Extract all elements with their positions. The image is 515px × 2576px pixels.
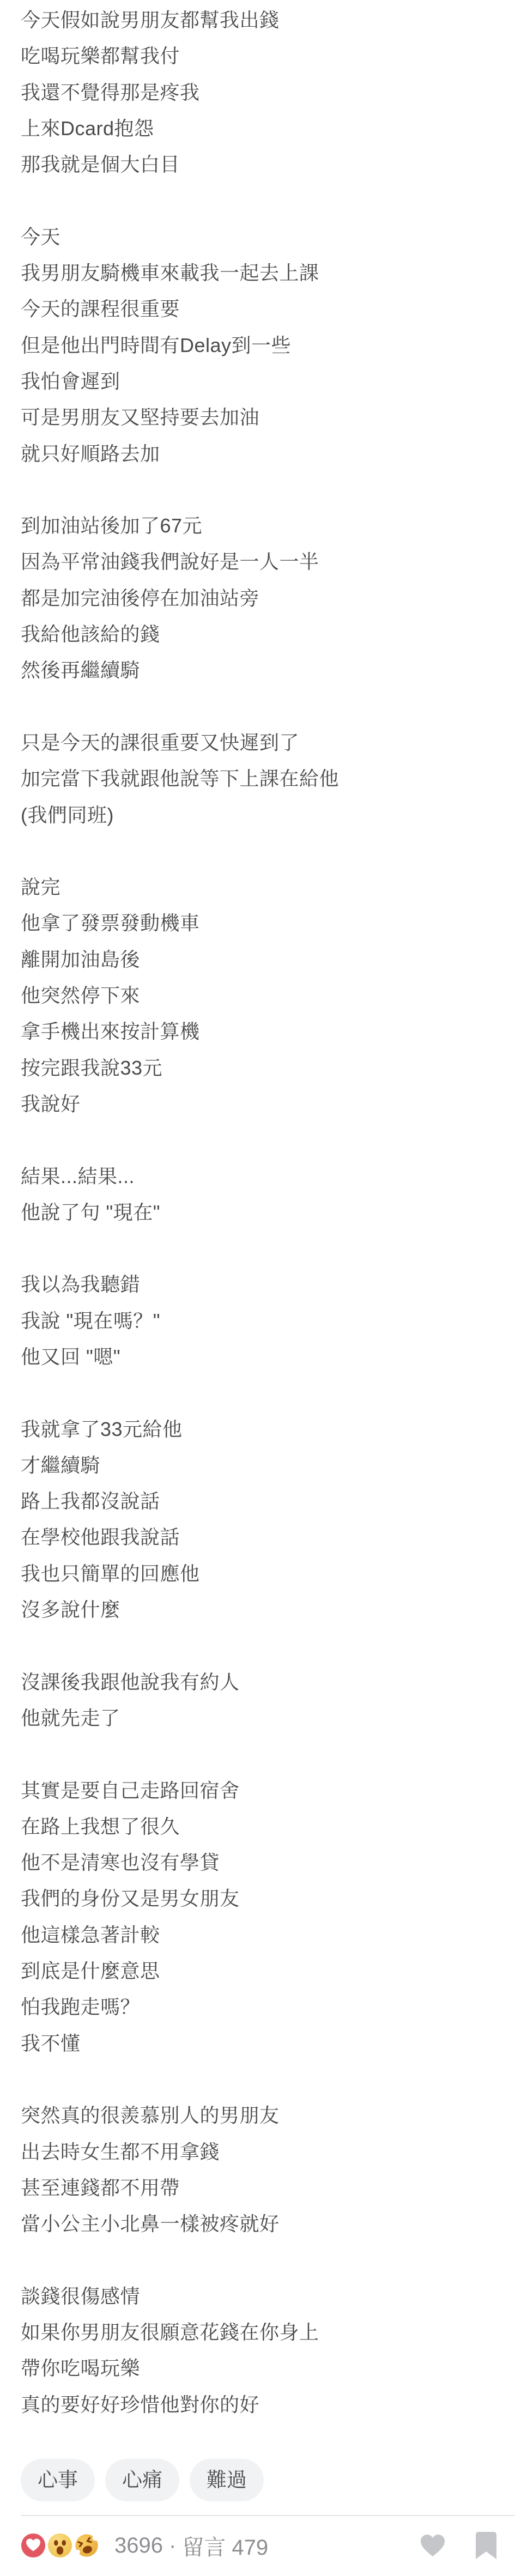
dot-separator: ·: [169, 2533, 176, 2558]
post-actions: [420, 2532, 496, 2559]
reaction-count: 3696: [114, 2533, 163, 2558]
tag-pill-2[interactable]: 心痛: [105, 2459, 179, 2501]
divider: [21, 2515, 515, 2516]
post-paragraph: 突然真的很羨慕別人的男朋友 出去時女生都不用拿錢 甚至連錢都不用帶 當小公主小北…: [21, 2098, 504, 2242]
post-paragraph: 我以為我聽錯 我說 "現在嗎？" 他又回 "嗯": [21, 1266, 504, 1375]
post-paragraph: 其實是要自己走路回宿舍 在路上我想了很久 他不是清寒也沒有學貸 我們的身份又是男…: [21, 1773, 504, 2062]
love-heart-reaction-icon: [21, 2533, 46, 2558]
post-paragraph: 今天 我男朋友騎機車來載我一起去上課 今天的課程很重要 但是他出門時間有Dela…: [21, 219, 504, 472]
post-paragraph: 我就拿了33元給他 才繼續騎 路上我都沒說話 在學校他跟我說話 我也只簡單的回應…: [21, 1411, 504, 1628]
reaction-emoji-cluster[interactable]: [21, 2533, 99, 2558]
post-body: 今天假如說男朋友都幫我出錢 吃喝玩樂都幫我付 我還不覺得那是疼我 上來Dcard…: [0, 0, 515, 2423]
tag-pill-1[interactable]: 心事: [21, 2459, 95, 2501]
post-page: 今天假如說男朋友都幫我出錢 吃喝玩樂都幫我付 我還不覺得那是疼我 上來Dcard…: [0, 0, 515, 2576]
post-paragraph: 到加油站後加了67元 因為平常油錢我們說好是一人一半 都是加完油後停在加油站旁 …: [21, 508, 504, 688]
surprised-face-reaction-icon: [47, 2533, 72, 2558]
topic-tags: 心事 心痛 難過: [0, 2459, 515, 2501]
heart-icon: [420, 2551, 446, 2559]
like-button[interactable]: [420, 2533, 446, 2557]
tag-pill-3[interactable]: 難過: [190, 2459, 264, 2501]
rofl-face-reaction-icon: [74, 2533, 99, 2558]
comment-count: 留言 479: [182, 2530, 268, 2561]
post-paragraph: 說完 他拿了發票發動機車 離開加油島後 他突然停下來 拿手機出來按計算機 按完跟…: [21, 869, 504, 1122]
reaction-row: 3696 · 留言 479: [21, 2530, 496, 2561]
post-paragraph: 沒課後我跟他說我有約人 他就先走了: [21, 1664, 504, 1737]
post-stats[interactable]: 3696 · 留言 479: [114, 2530, 268, 2561]
bookmark-icon: [476, 2553, 496, 2561]
post-paragraph: 結果...結果... 他說了句 "現在": [21, 1159, 504, 1231]
post-paragraph: 談錢很傷感情 如果你男朋友很願意花錢在你身上 帶你吃喝玩樂 真的要好好珍惜他對你…: [21, 2278, 504, 2423]
post-paragraph: 今天假如說男朋友都幫我出錢 吃喝玩樂都幫我付 我還不覺得那是疼我 上來Dcard…: [21, 2, 504, 183]
bookmark-button[interactable]: [476, 2532, 496, 2559]
post-paragraph: 只是今天的課很重要又快遲到了 加完當下我就跟他說等下上課在給他 (我們同班): [21, 725, 504, 833]
